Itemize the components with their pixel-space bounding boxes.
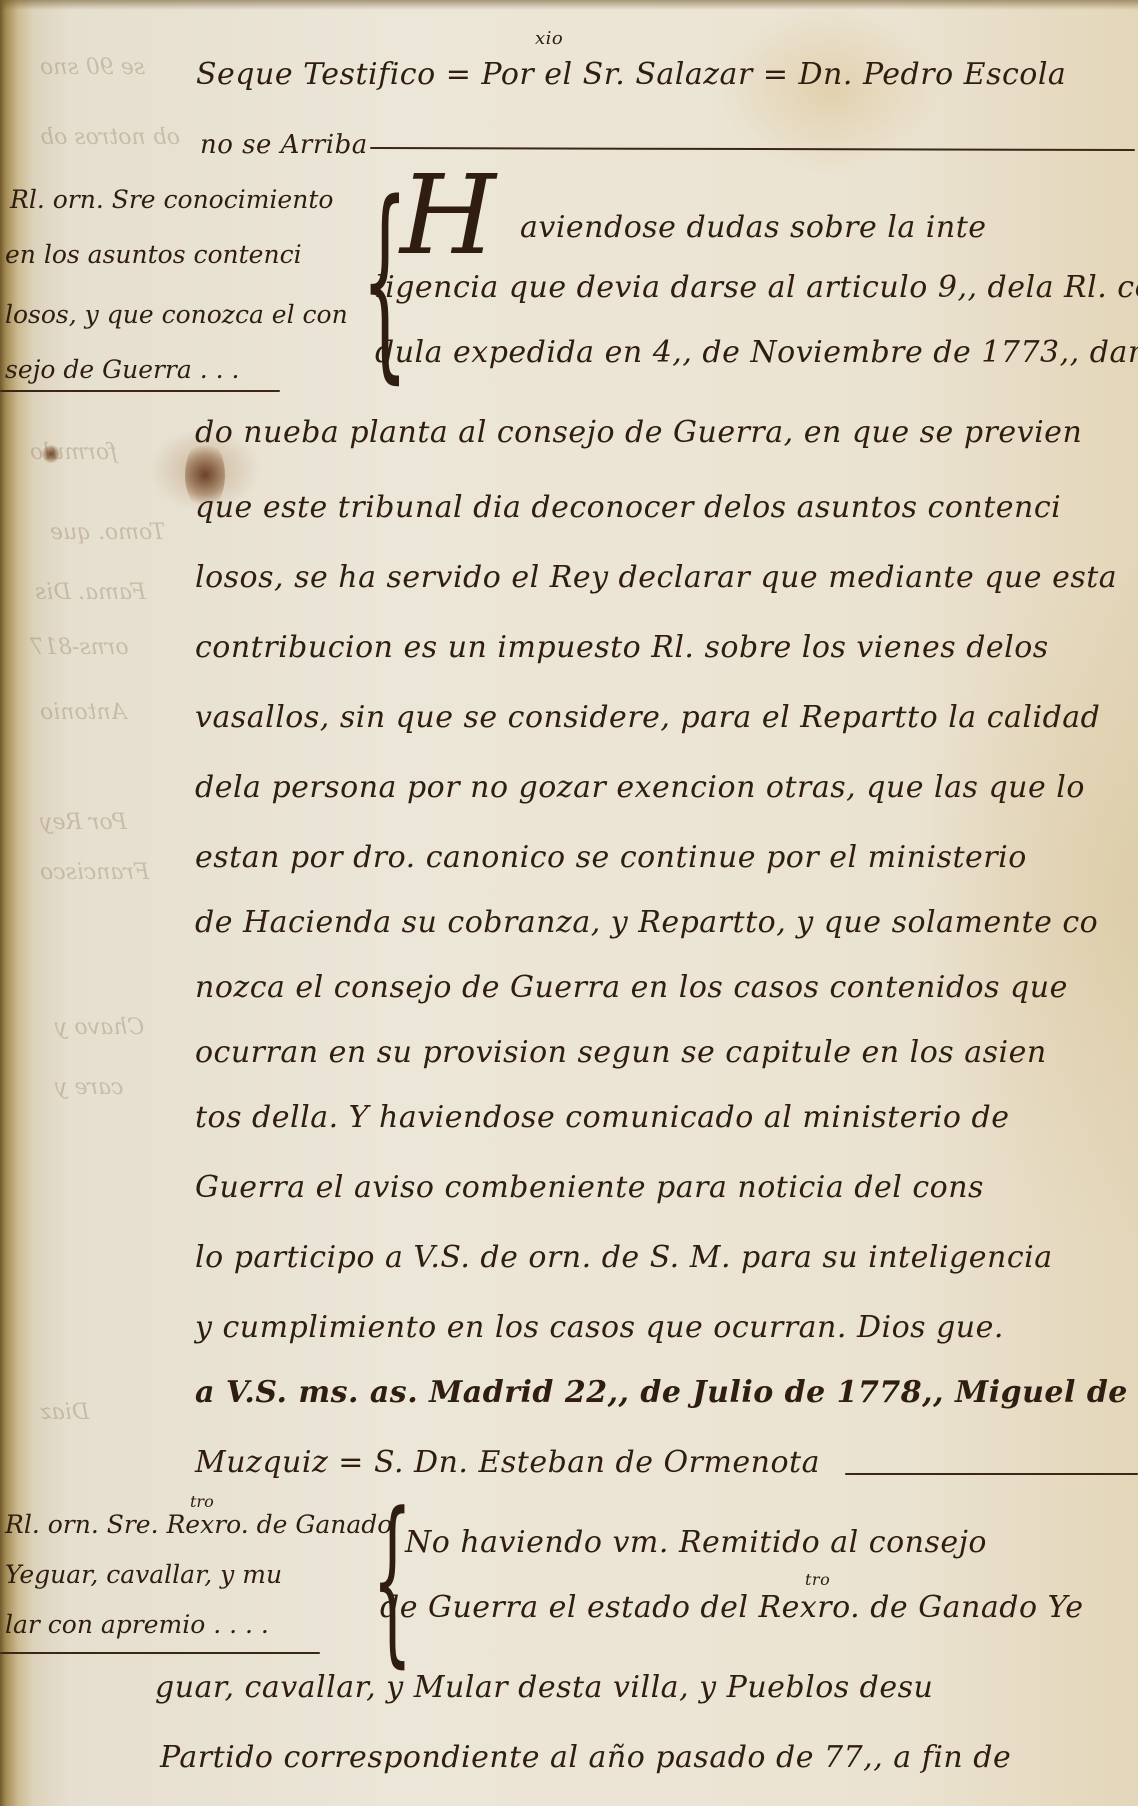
- margin-note-1-rule: [0, 390, 280, 392]
- body-1-signature: Muzquiz = S. Dn. Esteban de Ormenota: [195, 1445, 820, 1480]
- dropcap-letter: H: [400, 160, 496, 270]
- bleed-through-text: se 90 sno: [40, 55, 145, 80]
- signature-rule: [845, 1473, 1138, 1475]
- ink-stain: [42, 445, 60, 463]
- body-1-line: Guerra el aviso combeniente para noticia…: [195, 1170, 984, 1205]
- body-1-line: de Hacienda su cobranza, y Repartto, y q…: [195, 905, 1098, 940]
- bleed-through-text: Chavo y: [55, 1015, 144, 1040]
- bleed-through-text: Diaz: [40, 1400, 89, 1425]
- body-2-line: de Guerra el estado del Rexro. de Ganado…: [380, 1590, 1084, 1625]
- body-2-line: Partido correspondiente al año pasado de…: [160, 1740, 1011, 1775]
- margin-note-2-line: Rl. orn. Sre. Rexro. de Ganado: [5, 1510, 392, 1539]
- bleed-through-text: care y: [55, 1075, 123, 1100]
- margin-note-2-line: lar con apremio . . . .: [5, 1610, 269, 1639]
- header-superscript: xio: [535, 28, 563, 49]
- bleed-through-text: orns-817: [30, 635, 129, 660]
- body-1-line: que este tribunal dia deconocer delos as…: [195, 490, 1061, 525]
- bleed-through-text: Antonio: [40, 700, 127, 725]
- margin-note-2-rule: [0, 1652, 320, 1654]
- body-1-line: contribucion es un impuesto Rl. sobre lo…: [195, 630, 1049, 665]
- margin-note-1-line: en los asuntos contenci: [5, 240, 302, 269]
- margin-note-1-line: losos, y que conozca el con: [5, 300, 348, 329]
- margin-note-1-line: sejo de Guerra . . .: [5, 355, 239, 384]
- header-line-1: Seque Testifico = Por el Sr. Salazar = D…: [196, 57, 1066, 92]
- body-1-line: dela persona por no gozar exencion otras…: [195, 770, 1085, 805]
- body-1-line: do nueba planta al consejo de Guerra, en…: [195, 415, 1082, 450]
- body-1-line-dateline: a V.S. ms. as. Madrid 22,, de Julio de 1…: [195, 1375, 1128, 1410]
- body-2-line: guar, cavallar, y Mular desta villa, y P…: [155, 1670, 933, 1705]
- bleed-through-text: Por Rey: [40, 810, 127, 835]
- body-1-line: aviendose dudas sobre la inte: [520, 210, 987, 245]
- body-2-line: No haviendo vm. Remitido al consejo: [405, 1525, 987, 1560]
- header-line-2: no se Arriba: [200, 130, 368, 160]
- body-1-line: nozca el consejo de Guerra en los casos …: [195, 970, 1068, 1005]
- margin-note-1-line: Rl. orn. Sre conocimiento: [10, 185, 333, 214]
- margin-note-2-superscript: tro: [190, 1492, 214, 1511]
- body-1-line: losos, se ha servido el Rey declarar que…: [195, 560, 1117, 595]
- body-1-line: ocurran en su provision segun se capitul…: [195, 1035, 1047, 1070]
- manuscript-page: se 90 sno ob notros ob formulo Tomo. que…: [0, 0, 1138, 1806]
- body-1-line: ligencia que devia darse al articulo 9,,…: [375, 270, 1138, 305]
- body-2-superscript: tro: [805, 1570, 830, 1589]
- body-1-line: vasallos, sin que se considere, para el …: [195, 700, 1100, 735]
- margin-note-2-line: Yeguar, cavallar, y mu: [5, 1560, 282, 1589]
- bleed-through-text: Tomo. que: [50, 520, 165, 545]
- body-1-line: estan por dro. canonico se continue por …: [195, 840, 1027, 875]
- body-1-line: tos della. Y haviendose comunicado al mi…: [195, 1100, 1009, 1135]
- body-1-line: dula expedida en 4,, de Noviembre de 177…: [375, 335, 1138, 370]
- body-1-line: y cumplimiento en los casos que ocurran.…: [195, 1310, 1004, 1345]
- bleed-through-text: Francisco: [40, 860, 149, 885]
- page-top-edge: [0, 0, 1138, 10]
- bleed-through-text: ob notros ob: [40, 125, 180, 150]
- curly-brace-icon: {: [372, 1490, 412, 1670]
- bleed-through-text: Fama. Dis: [35, 580, 146, 605]
- body-1-line: lo participo a V.S. de orn. de S. M. par…: [195, 1240, 1053, 1275]
